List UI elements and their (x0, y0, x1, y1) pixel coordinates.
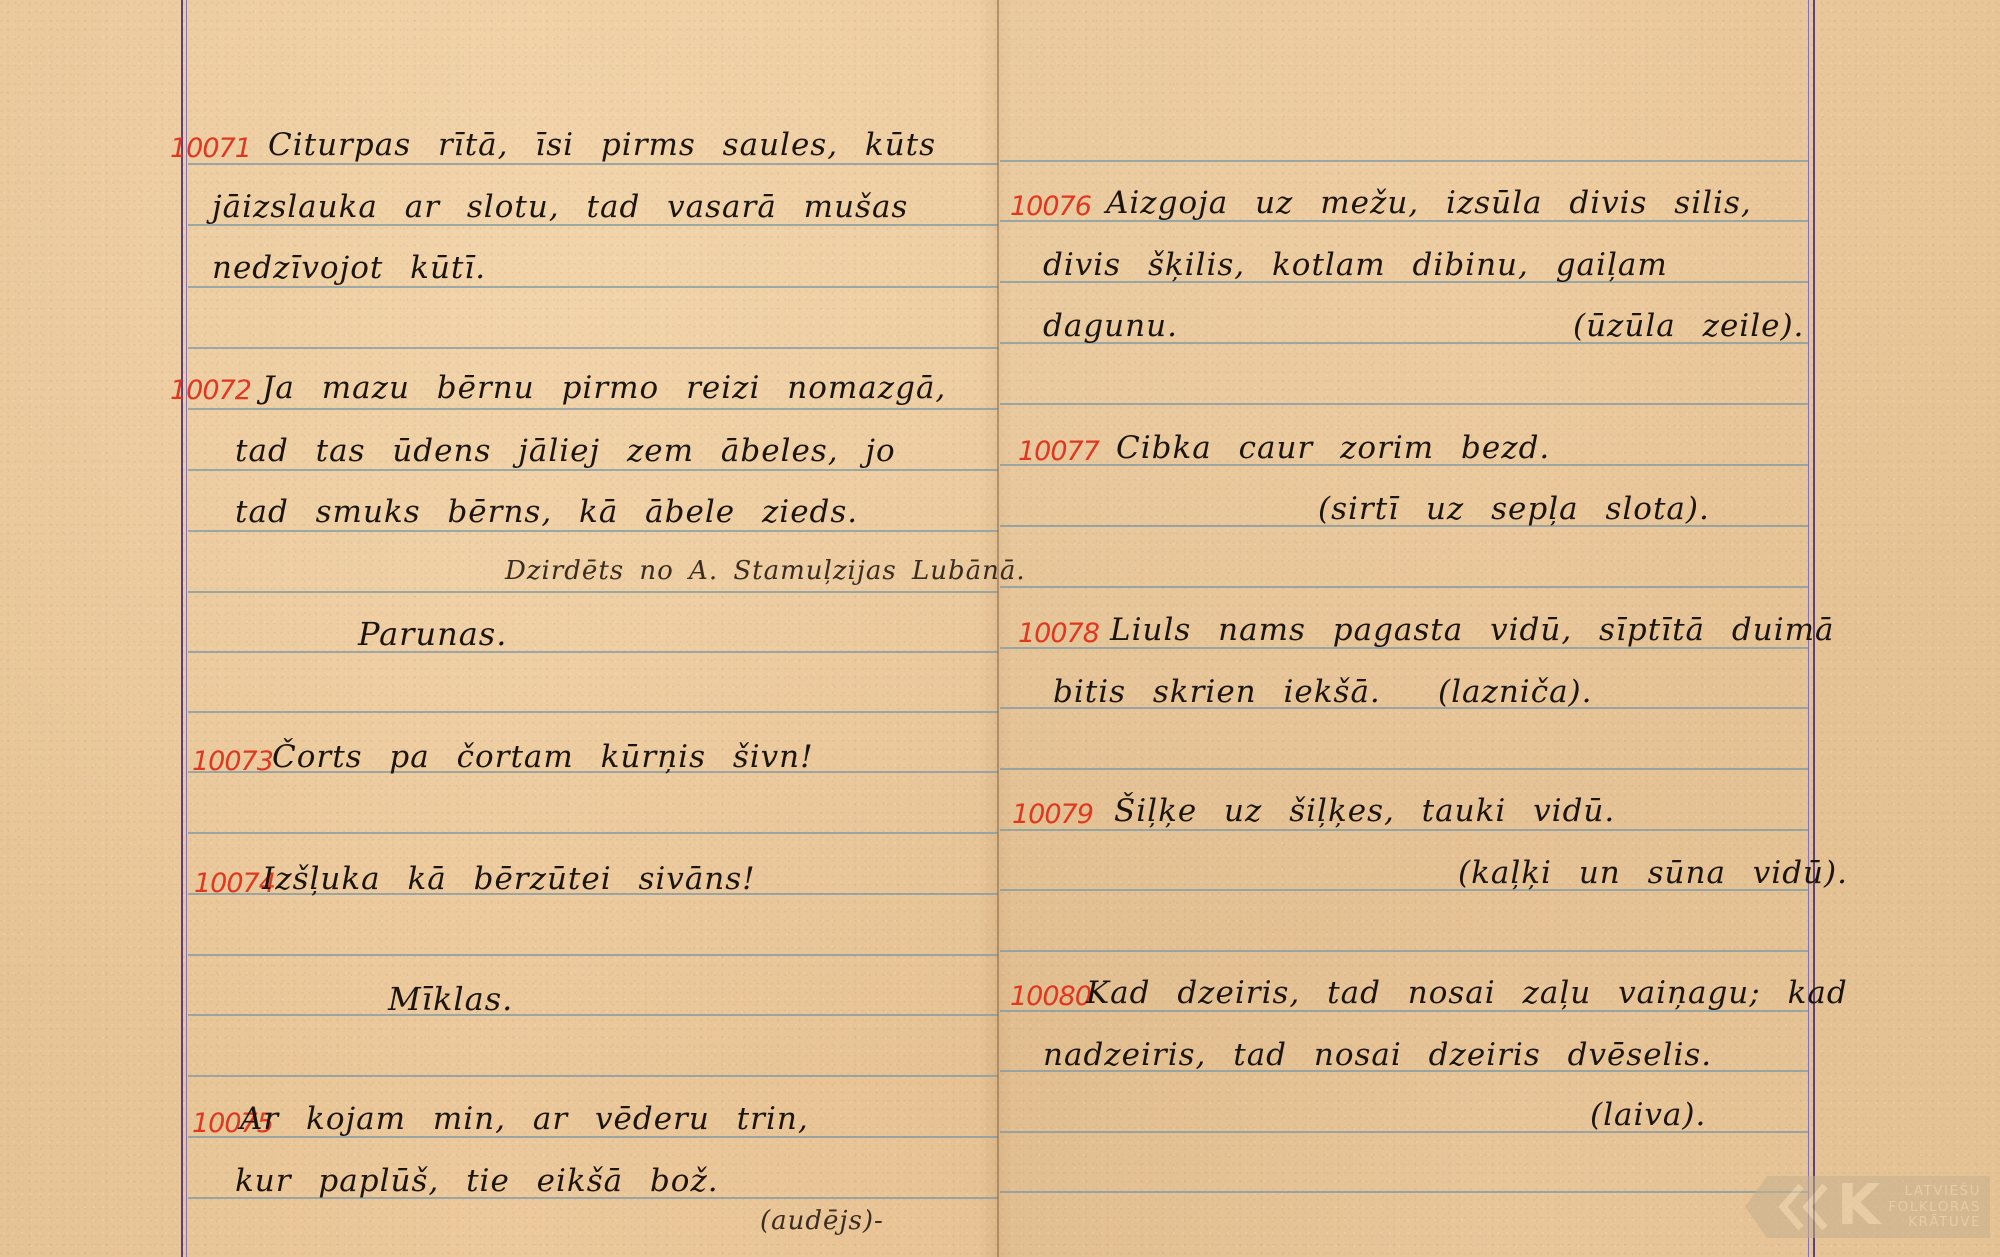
riddle-answer: (lazniča). (1438, 677, 1593, 708)
ruled-line (188, 530, 998, 532)
entry-number: 10080 (1010, 983, 1091, 1010)
ruled-line (188, 469, 998, 471)
right-page: 10076 Aizgoja uz mežu, izsūla divis sili… (998, 0, 2000, 1257)
entry-number: 10079 (1012, 801, 1093, 828)
riddle-answer: (sirtī uz sepļa slota). (1318, 494, 1710, 525)
entry-line: Čorts pa čortam kūrņis šivn! (272, 742, 814, 773)
logo-line: FOLKLORAS (1883, 1200, 1981, 1216)
entry-line: Šiļķe uz šiļķes, tauki vidū. (1114, 796, 1615, 827)
logo-badge: K LATVIEŠU FOLKLORAS KRĀTUVE (1745, 1176, 1990, 1238)
ruled-line (188, 1014, 998, 1016)
entry-number: 10073 (192, 748, 273, 775)
double-chevron-left-icon (1773, 1182, 1843, 1232)
riddle-answer: (kaļķi un sūna vidū). (1458, 858, 1848, 889)
logo-line: LATVIEŠU (1883, 1184, 1981, 1200)
ruled-line (188, 347, 998, 349)
ruled-line (188, 954, 998, 956)
ruled-line (1000, 586, 1808, 588)
entry-line: Citurpas rītā, īsi pirms saules, kūts (268, 130, 936, 161)
entry-number: 10072 (170, 377, 251, 404)
entry-line: Ar kojam min, ar vēderu trin, (240, 1104, 809, 1135)
entry-number: 10078 (1018, 620, 1099, 647)
logo-letter: K (1837, 1178, 1880, 1234)
entry-line: Aizgoja uz mežu, izsūla divis silis, (1106, 188, 1752, 219)
latviesu-folkloras-kratuve-logo: K LATVIEŠU FOLKLORAS KRĀTUVE (1745, 1174, 1990, 1240)
ruled-line (188, 163, 998, 165)
riddle-answer: (audējs)- (760, 1208, 884, 1234)
logo-line: KRĀTUVE (1883, 1215, 1981, 1231)
ruled-line (1000, 1191, 1808, 1193)
entry-line: bitis skrien iekšā. (1053, 677, 1381, 708)
ruled-line (188, 832, 998, 834)
entry-line: kur paplūš, tie eikšā bož. (235, 1166, 719, 1197)
left-margin-line-inner (186, 0, 187, 1257)
ruled-line (188, 711, 998, 713)
entry-number: 10071 (170, 135, 251, 162)
ruled-line (1000, 829, 1808, 831)
ruled-line (1000, 950, 1808, 952)
section-heading-parunas: Parunas. (358, 618, 507, 650)
section-heading-miklas: Mīklas. (388, 983, 513, 1015)
attribution: Dzirdēts no A. Stamuļzijas Lubānā. (505, 558, 1026, 584)
entry-line: dagunu. (1043, 311, 1178, 342)
entry-line: Cibka caur zorim bezd. (1116, 433, 1550, 464)
left-margin-line (181, 0, 183, 1257)
entry-line: Izšļuka kā bērzūtei sivāns! (262, 864, 756, 895)
entry-line: Kad dzeiris, tad nosai zaļu vaiņagu; kad (1086, 978, 1848, 1009)
riddle-answer: (ūzūla zeile). (1573, 311, 1804, 342)
entry-line: divis šķilis, kotlam dibinu, gaiļam (1043, 250, 1668, 281)
ruled-line (188, 651, 998, 653)
entry-number: 10076 (1010, 193, 1091, 220)
ruled-line (1000, 768, 1808, 770)
entry-line: jāizslauka ar slotu, tad vasarā mušas (212, 192, 908, 223)
entry-number: 10077 (1018, 438, 1099, 465)
entry-line: tad tas ūdens jāliej zem ābeles, jo (235, 436, 896, 467)
ruled-line (1000, 403, 1808, 405)
ruled-line (188, 591, 998, 593)
entry-line: nedzīvojot kūtī. (212, 253, 486, 284)
left-page: 10071 Citurpas rītā, īsi pirms saules, k… (0, 0, 998, 1257)
entry-line: Ja mazu bērnu pirmo reizi nomazgā, (262, 373, 946, 404)
entry-line: Liuls nams pagasta vidū, sīptītā duimā (1110, 615, 1834, 646)
riddle-answer: (laiva). (1590, 1100, 1706, 1131)
ruled-line (188, 408, 998, 410)
ruled-line (188, 286, 998, 288)
ruled-line (188, 1075, 998, 1077)
logo-text: LATVIEŠU FOLKLORAS KRĀTUVE (1883, 1184, 1981, 1231)
entry-line: nadzeiris, tad nosai dzeiris dvēselis. (1043, 1040, 1712, 1071)
notebook-spread: 10071 Citurpas rītā, īsi pirms saules, k… (0, 0, 2000, 1257)
entry-line: tad smuks bērns, kā ābele zieds. (235, 497, 858, 528)
ruled-line (1000, 160, 1808, 162)
